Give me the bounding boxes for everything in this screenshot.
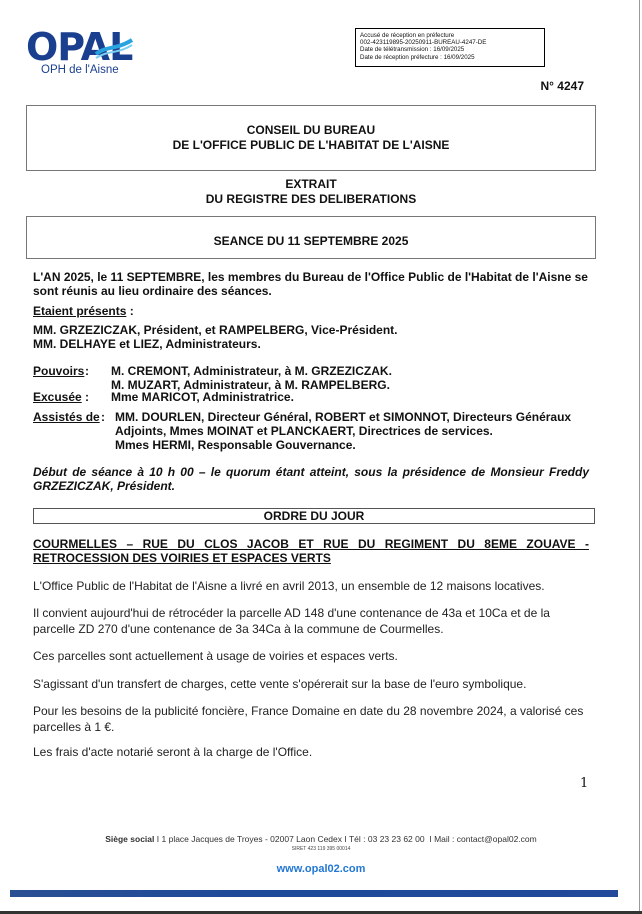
body-paragraph: Il convient aujourd'hui de rétrocéder la… — [33, 605, 593, 637]
footer-siege-label: Siège social — [105, 834, 154, 844]
deliberation-number: N° 4247 — [541, 79, 585, 93]
pouvoirs-label: Pouvoirs — [33, 364, 84, 378]
footer-website-link[interactable]: www.opal02.com — [0, 863, 642, 875]
accuse-line: Date de réception préfecture : 16/09/202… — [360, 54, 544, 61]
assistes-line: MM. DOURLEN, Directeur Général, ROBERT e… — [115, 410, 571, 424]
ordre-du-jour-title: ORDRE DU JOUR — [264, 509, 365, 523]
excusee-suffix: : — [85, 390, 89, 404]
title-box: CONSEIL DU BUREAU DE L'OFFICE PUBLIC DE … — [26, 105, 596, 171]
accuse-line: 002-423119895-20250911-BUREAU-4247-DE — [360, 39, 544, 46]
title-line-1: CONSEIL DU BUREAU — [27, 123, 595, 138]
body-paragraph: S'agissant d'un transfert de charges, ce… — [33, 676, 593, 692]
assistes-line: Mmes HERMI, Responsable Gouvernance. — [115, 438, 356, 452]
excusee-line: Mme MARICOT, Administratrice. — [111, 390, 294, 404]
presents-line: MM. DELHAYE et LIEZ, Administrateurs. — [33, 337, 589, 351]
accuse-line: Date de télétransmission : 16/09/2025 — [360, 46, 544, 53]
body-paragraph: L'Office Public de l'Habitat de l'Aisne … — [33, 578, 593, 594]
footer-address-text: 1 place Jacques de Troyes - 02007 Laon C… — [162, 834, 343, 844]
page-number: 1 — [580, 776, 588, 791]
page-edge-right — [639, 0, 640, 914]
body-paragraph: Pour les besoins de la publicité foncièr… — [33, 703, 593, 735]
debut-seance: Début de séance à 10 h 00 – le quorum ét… — [33, 465, 589, 493]
pouvoirs-suffix: : — [85, 364, 89, 378]
presents-line: MM. GRZEZICZAK, Président, et RAMPELBERG… — [33, 323, 589, 337]
ordre-du-jour-box: ORDRE DU JOUR — [33, 508, 595, 524]
assistes-suffix: : — [101, 410, 105, 424]
assistes-line: Adjoints, Mmes MOINAT et PLANCKAERT, Dir… — [115, 424, 493, 438]
footer-separator: I — [429, 834, 431, 844]
presents-list: MM. GRZEZICZAK, Président, et RAMPELBERG… — [33, 323, 589, 351]
pouvoirs-label-text: Pouvoirs — [33, 364, 84, 378]
footer-separator: I — [157, 834, 159, 844]
extrait-line-1: EXTRAIT — [26, 177, 596, 192]
logo-subtitle: OPH de l'Aisne — [41, 64, 119, 76]
intro-paragraph: L'AN 2025, le 11 SEPTEMBRE, les membres … — [33, 270, 589, 298]
agenda-subject: COURMELLES – RUE DU CLOS JACOB ET RUE DU… — [33, 537, 589, 565]
body-paragraph: Ces parcelles sont actuellement à usage … — [33, 648, 593, 664]
body-paragraph: Les frais d'acte notarié seront à la cha… — [33, 744, 593, 760]
seance-date: SEANCE DU 11 SEPTEMBRE 2025 — [27, 234, 595, 248]
logo-swoosh-icon — [94, 36, 134, 60]
footer-address: Siège social I 1 place Jacques de Troyes… — [0, 834, 642, 844]
accuse-line: Accusé de réception en préfecture — [360, 32, 544, 39]
extrait-line-2: DU REGISTRE DES DELIBERATIONS — [26, 192, 596, 207]
footer-mail[interactable]: Mail : contact@opal02.com — [434, 834, 537, 844]
seance-box: SEANCE DU 11 SEPTEMBRE 2025 — [26, 216, 596, 259]
excusee-label: Excusée — [33, 390, 82, 404]
presents-suffix: : — [126, 304, 133, 318]
accuse-reception-box: Accusé de réception en préfecture 002-42… — [355, 28, 545, 67]
footer-separator: I — [344, 834, 346, 844]
presents-label: Etaient présents — [33, 304, 126, 318]
footer-blue-bar — [10, 890, 618, 897]
opal-logo: OPAL OPH de l'Aisne — [26, 28, 146, 80]
presents-heading: Etaient présents : — [33, 304, 589, 318]
footer-tel: Tél : 03 23 23 62 00 — [349, 834, 425, 844]
assistes-label: Assistés de — [33, 410, 100, 424]
title-line-2: DE L'OFFICE PUBLIC DE L'HABITAT DE L'AIS… — [27, 138, 595, 153]
footer-siret: SIRET 423 119 395 00014 — [0, 846, 642, 852]
pouvoirs-line: M. CREMONT, Administrateur, à M. GRZEZIC… — [111, 364, 392, 378]
extrait-heading: EXTRAIT DU REGISTRE DES DELIBERATIONS — [26, 177, 596, 207]
